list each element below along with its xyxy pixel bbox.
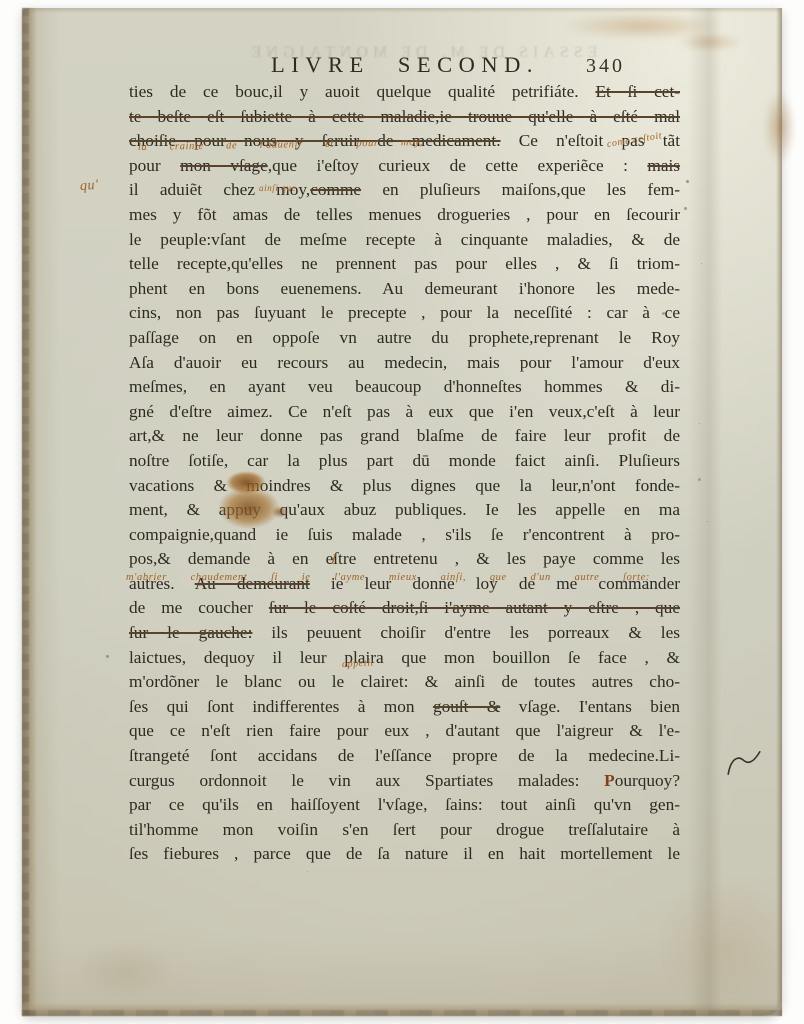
struck-text: gouſt & — [433, 697, 500, 716]
paper-stain — [656, 882, 796, 1010]
handwritten-annotation: qu' — [79, 178, 99, 195]
photo-background: ESSAIS DE M. DE MONTAIGNE LIVRE SECOND. … — [0, 0, 804, 1024]
page-number: 340 — [586, 55, 625, 78]
printed-text: compaignie,quand ie ſuis malade , s'ils … — [129, 525, 680, 544]
text-line: ment, & appuy qu'aux abuz publiques. Ie … — [129, 498, 680, 523]
text-line: pour mon vſage,que i'eſtoy curieux de ce… — [129, 154, 680, 179]
paper-stain — [78, 944, 174, 998]
paper-stain — [562, 12, 722, 40]
printed-text: ,que i'eſtoy curieux de cette experiẽce … — [268, 156, 648, 175]
text-line: laictues, dequoy il leur plaira que mon … — [129, 646, 680, 671]
text-line: noſtre ſotiſe, car la plus part dū monde… — [129, 449, 680, 474]
page-edge-top — [22, 8, 782, 13]
text-line: ſes fiebures , parce que de ſa nature il… — [129, 842, 680, 867]
foxing-specks — [686, 180, 689, 183]
printed-text: en pluſieurs maiſons,que les fem- — [361, 180, 680, 199]
text-line: meſmes, en ayant veu beaucoup d'honneſte… — [129, 375, 680, 400]
printed-text: vſage. I'entans bien — [500, 697, 680, 716]
text-line: Aſa d'auoir eu recours au medecin, mais … — [129, 351, 680, 376]
printed-text: ment, & appuy qu'aux abuz publiques. Ie … — [129, 500, 680, 519]
handwritten-annotation: appetit — [342, 657, 375, 670]
text-line: m'ordõner le blanc ou le clairet: & ainſ… — [129, 670, 680, 695]
printed-text: noſtre ſotiſe, car la plus part dū monde… — [129, 451, 680, 470]
printed-text: phent en bons euenemens. Au demeurant i'… — [129, 279, 680, 298]
text-line: gné d'eſtre aimez. Ce n'eſt pas à eux qu… — [129, 400, 680, 425]
struck-text: comme — [310, 180, 361, 199]
printed-text: de me coucher — [129, 598, 269, 617]
printed-text: cins, non pas ſuyuant le precepte , pour… — [129, 303, 680, 322]
ink-squiggle-mark — [719, 743, 769, 783]
printed-text: ſes qui ſont indifferentes à mon — [129, 697, 433, 716]
struck-text: mon vſage — [180, 156, 268, 175]
struck-text: mais — [647, 156, 680, 175]
text-line: phent en bons euenemens. Au demeurant i'… — [129, 277, 680, 302]
printed-text: ſes fiebures , parce que de ſa nature il… — [129, 844, 680, 863]
text-line: il aduiẽt chez moy,comme en pluſieurs ma… — [129, 178, 680, 203]
printed-text: Aſa d'auoir eu recours au medecin, mais … — [129, 353, 680, 372]
printed-text: m'ordõner le blanc ou le clairet: & ainſ… — [129, 672, 680, 691]
text-line: til'homme mon voiſin s'en ſert pour drog… — [129, 818, 680, 843]
struck-text: ſur le gauche: — [129, 623, 252, 642]
printed-text: mes y fõt amas de telles menues drogueri… — [129, 205, 680, 224]
printed-text: que ce n'eſt rien faire pour eux , d'aut… — [129, 721, 680, 740]
printed-text: ourquoy? — [615, 771, 680, 790]
printed-text: ties de ce bouc,il y auoit quelque quali… — [129, 82, 595, 101]
printed-text: curgus ordonnoit le vin aux Spartiates m… — [129, 771, 604, 790]
paper-stain — [677, 32, 741, 52]
page-deckle-edge-left — [22, 8, 37, 1016]
printed-text: pour — [129, 156, 180, 175]
printed-text: meſmes, en ayant veu beaucoup d'honneſte… — [129, 377, 680, 396]
handwritten-annotation: ainſi que — [259, 183, 296, 193]
text-line: te beſte eſt ſubiette à cette maladie,ie… — [129, 105, 680, 130]
text-line: mes y fõt amas de telles menues drogueri… — [129, 203, 680, 228]
struck-text: ſur le coſté droit,ſi i'ayme autant y eſ… — [269, 598, 680, 617]
page-edge-right — [776, 8, 782, 1016]
printed-text: art,& ne leur donne pas grand blaſme de … — [129, 426, 680, 445]
text-line: compaignie,quand ie ſuis malade , s'ils … — [129, 523, 680, 548]
printed-text: ils peuuent choiſir d'entre les porreaux… — [252, 623, 680, 642]
text-line: que ce n'eſt rien faire pour eux , d'aut… — [129, 719, 680, 744]
text-line: curgus ordonnoit le vin aux Spartiates m… — [129, 769, 680, 794]
printed-text: telle recepte,qu'elles ne prennent pas p… — [129, 254, 680, 273]
page-crease — [688, 8, 722, 1016]
text-line: cins, non pas ſuyuant le precepte , pour… — [129, 301, 680, 326]
book-page: ESSAIS DE M. DE MONTAIGNE LIVRE SECOND. … — [22, 8, 782, 1016]
text-line: vacations & moindres & plus dignes que l… — [129, 474, 680, 499]
printed-text: gné d'eſtre aimez. Ce n'eſt pas à eux qu… — [129, 402, 680, 421]
printed-text: paſſage on en oppoſe vn autre du prophet… — [129, 328, 680, 347]
printed-text: til'homme mon voiſin s'en ſert pour drog… — [129, 820, 680, 839]
struck-text: Et ſi cet- — [595, 82, 680, 101]
printed-text: pos,& demande à en eſtre entretenu , & l… — [129, 549, 680, 568]
text-line: paſſage on en oppoſe vn autre du prophet… — [129, 326, 680, 351]
text-line: ſur le gauche: ils peuuent choiſir d'ent… — [129, 621, 680, 646]
printed-text: le peuple:vſant de meſme recepte à cinqu… — [129, 230, 680, 249]
overwritten-letter: P — [604, 771, 615, 790]
text-line: le peuple:vſant de meſme recepte à cinqu… — [129, 228, 680, 253]
printed-text-block: ties de ce bouc,il y auoit quelque quali… — [129, 80, 680, 867]
struck-text: te beſte eſt ſubiette à cette maladie,ie… — [129, 107, 680, 126]
printed-text: par ce qu'ils en haiſſoyent l'vſage, ſai… — [129, 795, 680, 814]
text-line: telle recepte,qu'elles ne prennent pas p… — [129, 252, 680, 277]
printed-text: vacations & moindres & plus dignes que l… — [129, 476, 680, 495]
text-line: ties de ce bouc,il y auoit quelque quali… — [129, 80, 680, 105]
text-line: de me coucher ſur le coſté droit,ſi i'ay… — [129, 596, 680, 621]
text-line: ſes qui ſont indifferentes à mon gouſt &… — [129, 695, 680, 720]
printed-text: ſtrangeté ſont accidans de l'eſſance pro… — [129, 746, 680, 765]
text-line: art,& ne leur donne pas grand blaſme de … — [129, 424, 680, 449]
printed-text: laictues, dequoy il leur plaira que mon … — [129, 648, 680, 667]
paper-stain — [764, 90, 796, 164]
text-line: pos,& demande à en eſtre entretenu , & l… — [129, 547, 680, 572]
text-line: ſtrangeté ſont accidans de l'eſſance pro… — [129, 744, 680, 769]
text-line: par ce qu'ils en haiſſoyent l'vſage, ſai… — [129, 793, 680, 818]
handwritten-annotation: m'abrier chaudement ſi ie l'ayme mieux a… — [126, 572, 650, 585]
page-deckle-edge-bottom — [22, 1003, 782, 1016]
